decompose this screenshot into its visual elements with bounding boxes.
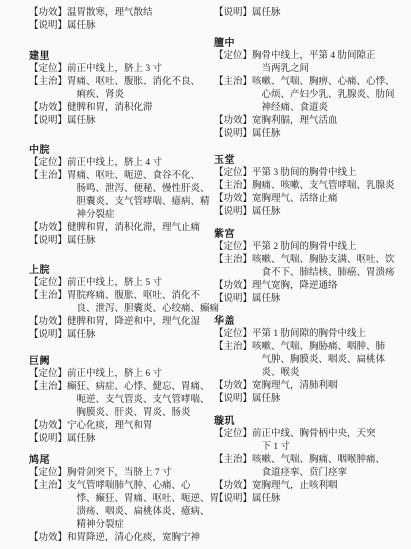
field-label: 【说明】 bbox=[214, 129, 252, 139]
field-row: 【说明】属任脉 bbox=[29, 235, 225, 248]
field-row: 【定位】平第 1 肋间隙的胸骨中线上 bbox=[214, 328, 410, 341]
field-row: 【功效】宽胸理气、活络止痛 bbox=[214, 193, 410, 206]
field-label: 【定位】 bbox=[214, 51, 252, 61]
acupoint-name: 巨阙 bbox=[29, 355, 225, 368]
acupoint-section: 华盖 【定位】平第 1 肋间隙的胸骨中线上 【主治】咳嗽、气喘、胸胁痛、咽肿、肺… bbox=[214, 315, 410, 406]
acupoint-section: 璇玑 【定位】前正中线、胸骨柄中央，天突 下 1 寸 【主治】咳嗽、气喘、胸痛、… bbox=[214, 415, 410, 506]
field-text: 健脾和胃，消积化滞，理气止痛 bbox=[67, 223, 200, 233]
field-row: 【说明】属任脉 bbox=[214, 128, 410, 141]
acupoint-name: 紫宫 bbox=[214, 228, 410, 241]
field-row: 【说明】属任脉 bbox=[214, 393, 410, 406]
field-text: 宽胸理气，清肺利咽 bbox=[252, 381, 338, 391]
field-row: 【说明】属任脉 bbox=[29, 115, 225, 128]
field-row: 【功效】宽胸理气，止咳利咽 bbox=[214, 480, 410, 493]
field-label: 【主治】 bbox=[29, 77, 67, 87]
field-label: 【定位】 bbox=[29, 64, 67, 74]
field-row: 【功效】理气宽胸，降逆通络 bbox=[214, 280, 410, 293]
field-text: 咳嗽、气喘、胸痹、心痛、心悸、 心烦、产妇少乳、乳腺炎、肋间 神经痛、食道炎 bbox=[252, 77, 395, 113]
field-label: 【主治】 bbox=[214, 181, 252, 191]
field-row: 【功效】健脾和胃，降逆和中，理气化湿 bbox=[29, 316, 225, 329]
field-text: 属任脉 bbox=[252, 207, 281, 217]
field-row: 【主治】咳嗽、气喘、胸胁支满、呕吐、饮 食不下、肺结核、肺癌、胃溃疡 bbox=[214, 254, 410, 280]
field-row: 【说明】属任脉 bbox=[29, 20, 225, 33]
field-label: 【定位】 bbox=[214, 242, 252, 252]
field-text: 平第 2 肋间的胸骨中线上 bbox=[252, 242, 357, 252]
field-row: 【定位】平第 2 肋间的胸骨中线上 bbox=[214, 241, 410, 254]
acupoint-name: 璇玑 bbox=[214, 415, 410, 428]
field-label: 【主治】 bbox=[214, 455, 252, 465]
field-row: 【说明】属任脉 bbox=[214, 493, 410, 506]
field-label: 【主治】 bbox=[214, 77, 252, 87]
field-text: 前正中线上，脐上 5 寸 bbox=[67, 278, 162, 288]
field-text: 前正中线上，脐上 6 寸 bbox=[67, 369, 162, 379]
field-row: 【定位】前正中线上，脐上 3 寸 bbox=[29, 63, 225, 76]
field-text: 胸骨剑突下，当脐上 7 寸 bbox=[67, 468, 172, 478]
acupoint-name: 玉堂 bbox=[214, 154, 410, 167]
field-text: 宽胸利膈，理气活血 bbox=[252, 116, 338, 126]
field-label: 【主治】 bbox=[29, 291, 67, 301]
acupoint-section: 巨阙 【定位】前正中线上，脐上 6 寸 【主治】癫狂、病症、心悸、健忘、胃痛、 … bbox=[29, 355, 225, 446]
field-text: 宁心化痰，理气和胃 bbox=[67, 421, 153, 431]
acupoint-section: 紫宫 【定位】平第 2 肋间的胸骨中线上 【主治】咳嗽、气喘、胸胁支满、呕吐、饮… bbox=[214, 228, 410, 306]
field-text: 前正中线上，脐上 3 寸 bbox=[67, 64, 162, 74]
field-row: 【主治】胃脘疼痛、腹胀、呕吐、消化不 良、泄泻、胆囊炎、心绞痛、癫痫 bbox=[29, 290, 225, 316]
field-row: 【定位】胸骨剑突下，当脐上 7 寸 bbox=[29, 467, 225, 480]
field-row: 【定位】平第 3 肋间的胸骨中线上 bbox=[214, 167, 410, 180]
acupoint-name: 鸠尾 bbox=[29, 454, 225, 467]
field-row: 【主治】咳嗽、气喘、胸痛、咽喉肿痛、 食道痉挛、贲门痉挛 bbox=[214, 454, 410, 480]
field-label: 【定位】 bbox=[214, 429, 252, 439]
field-label: 【功效】 bbox=[29, 317, 67, 327]
field-row: 【主治】癫狂、病症、心悸、健忘、胃痛、 呃逆、支气管炎、支气管哮喘、 胸膜炎、肝… bbox=[29, 381, 225, 420]
field-label: 【说明】 bbox=[214, 207, 252, 217]
field-label: 【定位】 bbox=[214, 329, 252, 339]
field-text: 咳嗽、气喘、胸胁支满、呕吐、饮 食不下、肺结核、肺癌、胃溃疡 bbox=[252, 255, 395, 278]
field-label: 【功效】 bbox=[214, 116, 252, 126]
field-text: 胃痛、呕吐、呃逆、食谷不化、 肠鸣、泄泻、便秘、慢性肝炎、 胆囊炎、支气管哮喘、… bbox=[67, 171, 210, 220]
field-text: 前正中线上，脐上 4 寸 bbox=[67, 158, 162, 168]
field-label: 【主治】 bbox=[29, 171, 67, 181]
field-row: 【功效】宽胸利膈，理气活血 bbox=[214, 115, 410, 128]
field-label: 【定位】 bbox=[29, 369, 67, 379]
field-text: 宽胸理气、活络止痛 bbox=[252, 194, 338, 204]
acupoint-name: 建里 bbox=[29, 50, 225, 63]
field-text: 胸骨中线上，平第 4 肋间隙正 当两乳之间 bbox=[252, 51, 376, 74]
field-label: 【说明】 bbox=[214, 8, 252, 18]
field-row: 【定位】前正中线、胸骨柄中央，天突 下 1 寸 bbox=[214, 428, 410, 454]
field-label: 【功效】 bbox=[29, 223, 67, 233]
acupoint-name: 华盖 bbox=[214, 315, 410, 328]
field-text: 胃痛、呕吐、腹胀、消化不良、 痢疾、肾炎 bbox=[67, 77, 200, 100]
field-row: 【主治】胃痛、呕吐、呃逆、食谷不化、 肠鸣、泄泻、便秘、慢性肝炎、 胆囊炎、支气… bbox=[29, 170, 225, 222]
field-text: 咳嗽、气喘、胸胁痛、咽肿、肺 气肿、胸膜炎、咽炎、扁桃体 炎、喉炎 bbox=[252, 342, 385, 378]
field-row: 【说明】属任脉 bbox=[214, 7, 410, 20]
field-text: 属任脉 bbox=[252, 394, 281, 404]
field-row: 【定位】前正中线上，脐上 4 寸 bbox=[29, 157, 225, 170]
field-row: 【功效】温胃散寒，理气散结 bbox=[29, 7, 225, 20]
field-row: 【说明】属任脉 bbox=[214, 206, 410, 219]
field-label: 【说明】 bbox=[29, 236, 67, 246]
field-row: 【主治】咳嗽、气喘、胸痹、心痛、心悸、 心烦、产妇少乳、乳腺炎、肋间 神经痛、食… bbox=[214, 76, 410, 115]
field-label: 【主治】 bbox=[29, 481, 67, 491]
field-row: 【功效】宽胸理气，清肺利咽 bbox=[214, 380, 410, 393]
field-label: 【功效】 bbox=[214, 194, 252, 204]
field-text: 属任脉 bbox=[67, 236, 96, 246]
field-text: 咳嗽、气喘、胸痛、咽喉肿痛、 食道痉挛、贲门痉挛 bbox=[252, 455, 385, 478]
field-text: 和胃降逆，清心化痰，宽胸宁神 bbox=[67, 533, 200, 543]
field-label: 【定位】 bbox=[29, 278, 67, 288]
field-text: 前正中线、胸骨柄中央，天突 下 1 寸 bbox=[252, 429, 376, 452]
field-row: 【功效】健脾和胃，消积化滞，理气止痛 bbox=[29, 222, 225, 235]
field-text: 宽胸理气，止咳利咽 bbox=[252, 481, 338, 491]
field-row: 【功效】健脾和胃，消积化滞 bbox=[29, 102, 225, 115]
column-right: 【说明】属任脉 膻中 【定位】胸骨中线上，平第 4 肋间隙正 当两乳之间 【主治… bbox=[214, 7, 410, 506]
field-row: 【主治】胃痛、呕吐、腹胀、消化不良、 痢疾、肾炎 bbox=[29, 76, 225, 102]
field-label: 【说明】 bbox=[214, 294, 252, 304]
field-text: 温胃散寒，理气散结 bbox=[67, 8, 153, 18]
acupoint-section: 【说明】属任脉 bbox=[214, 7, 410, 20]
field-label: 【功效】 bbox=[214, 481, 252, 491]
field-label: 【功效】 bbox=[29, 533, 67, 543]
field-label: 【说明】 bbox=[214, 494, 252, 504]
field-text: 胸痛、咳嗽、支气管哮喘、乳腺炎 bbox=[252, 181, 395, 191]
acupoint-section: 膻中 【定位】胸骨中线上，平第 4 肋间隙正 当两乳之间 【主治】咳嗽、气喘、胸… bbox=[214, 37, 410, 141]
field-text: 属任脉 bbox=[67, 116, 96, 126]
field-row: 【定位】胸骨中线上，平第 4 肋间隙正 当两乳之间 bbox=[214, 50, 410, 76]
acupoint-section: 【功效】温胃散寒，理气散结 【说明】属任脉 bbox=[29, 7, 225, 33]
field-label: 【定位】 bbox=[29, 468, 67, 478]
field-label: 【说明】 bbox=[29, 21, 67, 31]
field-text: 平第 1 肋间隙的胸骨中线上 bbox=[252, 329, 366, 339]
field-label: 【功效】 bbox=[214, 381, 252, 391]
field-text: 胃脘疼痛、腹胀、呕吐、消化不 良、泄泻、胆囊炎、心绞痛、癫痫 bbox=[67, 291, 219, 314]
field-text: 属任脉 bbox=[67, 21, 96, 31]
acupoint-section: 建里 【定位】前正中线上，脐上 3 寸 【主治】胃痛、呕吐、腹胀、消化不良、 痢… bbox=[29, 50, 225, 128]
field-text: 属任脉 bbox=[252, 129, 281, 139]
field-text: 健脾和胃，消积化滞 bbox=[67, 103, 153, 113]
acupoint-name: 上脘 bbox=[29, 264, 225, 277]
field-label: 【定位】 bbox=[214, 168, 252, 178]
field-row: 【定位】前正中线上，脐上 5 寸 bbox=[29, 277, 225, 290]
column-left: 【功效】温胃散寒，理气散结 【说明】属任脉 建里 【定位】前正中线上，脐上 3 … bbox=[29, 7, 225, 545]
field-label: 【功效】 bbox=[29, 8, 67, 18]
field-row: 【主治】支气管哮喘肺气肿、心痛、心 悸、癫狂、胃痛、呕吐、呃逆、胃 溃疡、咽炎、… bbox=[29, 480, 225, 532]
field-text: 属任脉 bbox=[67, 330, 96, 340]
field-text: 平第 3 肋间的胸骨中线上 bbox=[252, 168, 357, 178]
acupoint-name: 中脘 bbox=[29, 144, 225, 157]
field-text: 属任脉 bbox=[252, 8, 281, 18]
acupoint-section: 中脘 【定位】前正中线上，脐上 4 寸 【主治】胃痛、呕吐、呃逆、食谷不化、 肠… bbox=[29, 144, 225, 248]
field-label: 【说明】 bbox=[29, 116, 67, 126]
field-label: 【说明】 bbox=[29, 434, 67, 444]
field-label: 【主治】 bbox=[214, 342, 252, 352]
acupoint-name: 膻中 bbox=[214, 37, 410, 50]
field-text: 属任脉 bbox=[252, 294, 281, 304]
acupoint-section: 上脘 【定位】前正中线上，脐上 5 寸 【主治】胃脘疼痛、腹胀、呕吐、消化不 良… bbox=[29, 264, 225, 342]
field-text: 属任脉 bbox=[67, 434, 96, 444]
field-row: 【功效】和胃降逆，清心化痰，宽胸宁神 bbox=[29, 532, 225, 545]
field-row: 【说明】属任脉 bbox=[29, 329, 225, 342]
scanned-page: 【功效】温胃散寒，理气散结 【说明】属任脉 建里 【定位】前正中线上，脐上 3 … bbox=[0, 0, 411, 549]
field-row: 【说明】属任脉 bbox=[29, 433, 225, 446]
field-row: 【定位】前正中线上，脐上 6 寸 bbox=[29, 368, 225, 381]
field-text: 健脾和胃，降逆和中，理气化湿 bbox=[67, 317, 200, 327]
field-label: 【功效】 bbox=[214, 281, 252, 291]
field-row: 【主治】胸痛、咳嗽、支气管哮喘、乳腺炎 bbox=[214, 180, 410, 193]
field-row: 【主治】咳嗽、气喘、胸胁痛、咽肿、肺 气肿、胸膜炎、咽炎、扁桃体 炎、喉炎 bbox=[214, 341, 410, 380]
field-label: 【功效】 bbox=[29, 421, 67, 431]
field-text: 支气管哮喘肺气肿、心痛、心 悸、癫狂、胃痛、呕吐、呃逆、胃 溃疡、咽炎、扁桃体炎… bbox=[67, 481, 219, 530]
field-label: 【主治】 bbox=[214, 255, 252, 265]
acupoint-section: 鸠尾 【定位】胸骨剑突下，当脐上 7 寸 【主治】支气管哮喘肺气肿、心痛、心 悸… bbox=[29, 454, 225, 545]
field-text: 属任脉 bbox=[252, 494, 281, 504]
field-text: 理气宽胸，降逆通络 bbox=[252, 281, 338, 291]
acupoint-section: 玉堂 【定位】平第 3 肋间的胸骨中线上 【主治】胸痛、咳嗽、支气管哮喘、乳腺炎… bbox=[214, 154, 410, 219]
field-label: 【定位】 bbox=[29, 158, 67, 168]
field-label: 【主治】 bbox=[29, 382, 67, 392]
field-text: 癫狂、病症、心悸、健忘、胃痛、 呃逆、支气管炎、支气管哮喘、 胸膜炎、肝炎、胃炎… bbox=[67, 382, 210, 418]
field-row: 【功效】宁心化痰，理气和胃 bbox=[29, 420, 225, 433]
field-row: 【说明】属任脉 bbox=[214, 293, 410, 306]
field-label: 【说明】 bbox=[29, 330, 67, 340]
field-label: 【说明】 bbox=[214, 394, 252, 404]
field-label: 【功效】 bbox=[29, 103, 67, 113]
